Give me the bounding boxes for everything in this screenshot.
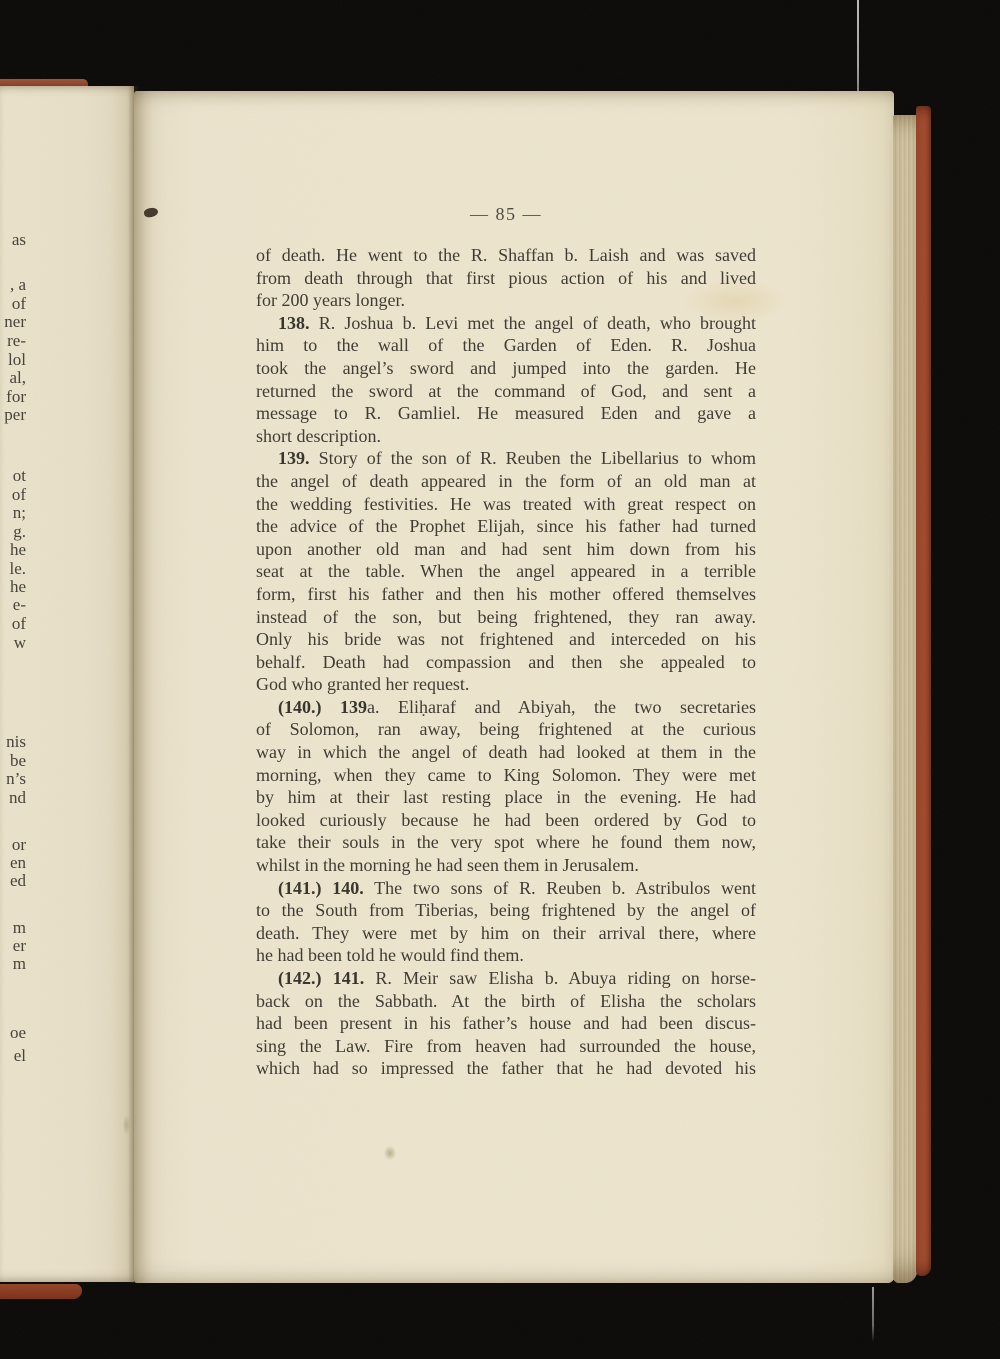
text-line: death. They were met by him on their arr… (256, 922, 756, 945)
page-edge-stack (893, 115, 917, 1283)
paragraph: (140.) 139a. Eliḥaraf and Abiyah, the tw… (256, 696, 756, 877)
fragment-line: m (0, 954, 26, 973)
fragment-line: er (0, 936, 26, 955)
text-line: to the South from Tiberias, being fright… (256, 899, 756, 922)
fragment-line: he (0, 540, 26, 559)
paragraph: (141.) 140. The two sons of R. Reuben b.… (256, 877, 756, 967)
fragment-line: nd (0, 788, 26, 807)
paper-smudge (123, 1116, 130, 1134)
paragraph: 139. Story of the son of R. Reuben the L… (256, 447, 756, 696)
paragraph: (142.) 141. R. Meir saw Elisha b. Abuya … (256, 967, 756, 1080)
text-line: the advice of the Prophet Elijah, since … (256, 515, 756, 538)
text-line: take their souls in the very spot where … (256, 831, 756, 854)
fragment-line: or (0, 835, 26, 854)
text-line: whilst in the morning he had seen them i… (256, 854, 756, 877)
main-page: — 85 — of death. He went to the R. Shaff… (134, 91, 894, 1283)
paragraph-number: (141.) 140. (278, 878, 364, 898)
fragment-line: as (0, 230, 26, 249)
fragment-line: he (0, 577, 26, 596)
fragment-line: of (0, 614, 26, 633)
paper-stain (680, 278, 790, 324)
text-line: returned the sword at the command of God… (256, 380, 756, 403)
text-line: instead of the son, but being frightened… (256, 606, 756, 629)
fragment-line: ed (0, 871, 26, 890)
fragment-line: nis (0, 732, 26, 751)
fragment-line: le. (0, 559, 26, 578)
fragment-line: ner (0, 312, 26, 331)
text-line: by him at their last resting place in th… (256, 786, 756, 809)
fragment-line: of (0, 485, 26, 504)
text-line: which had so impressed the father that h… (256, 1057, 756, 1080)
fragment-line: e- (0, 595, 26, 614)
text-line: took the angel’s sword and jumped into t… (256, 357, 756, 380)
text-line: looked curiously because he had been ord… (256, 809, 756, 832)
scan-background: as, aofnerre-lolal,forperotofn;g.hele.he… (0, 0, 1000, 1359)
fragment-line: n’s (0, 769, 26, 788)
fragment-line: el (0, 1046, 26, 1065)
text-line: God who granted her request. (256, 673, 756, 696)
text-line: the wedding festivities. He was treated … (256, 493, 756, 516)
text-line: the angel of death appeared in the form … (256, 470, 756, 493)
text-line: of death. He went to the R. Shaffan b. L… (256, 244, 756, 267)
book-cover-bottom-left (0, 1284, 82, 1299)
fragment-line: g. (0, 522, 26, 541)
cradle-wire-bottom (872, 1287, 874, 1342)
text-line: (141.) 140. The two sons of R. Reuben b.… (256, 877, 756, 900)
text-line: seat at the table. When the angel appear… (256, 560, 756, 583)
fragment-line: n; (0, 503, 26, 522)
fragment-line: ot (0, 466, 26, 485)
fragment-line: al, (0, 368, 26, 387)
text-line: (142.) 141. R. Meir saw Elisha b. Abuya … (256, 967, 756, 990)
text-line: sing the Law. Fire from heaven had surro… (256, 1035, 756, 1058)
fragment-line: per (0, 405, 26, 424)
text-line: he had been told he would find them. (256, 944, 756, 967)
text-line: short description. (256, 425, 756, 448)
fragment-line: w (0, 633, 26, 652)
fragment-line: m (0, 918, 26, 937)
text-line: of Solomon, ran away, being frightened a… (256, 718, 756, 741)
text-line: way in which the angel of death had look… (256, 741, 756, 764)
text-line: him to the wall of the Garden of Eden. R… (256, 334, 756, 357)
fragment-line: be (0, 751, 26, 770)
text-line: (140.) 139a. Eliḥaraf and Abiyah, the tw… (256, 696, 756, 719)
fragment-line: en (0, 853, 26, 872)
text-line: had been present in his father’s house a… (256, 1012, 756, 1035)
paragraph-number: 138. (278, 313, 310, 333)
page-number: — 85 — (256, 204, 756, 225)
fragment-line: for (0, 387, 26, 406)
text-line: morning, when they came to King Solomon.… (256, 764, 756, 787)
fragment-line: oe (0, 1023, 26, 1042)
text-line: back on the Sabbath. At the birth of Eli… (256, 990, 756, 1013)
fragment-line: , a (0, 275, 26, 294)
text-line: message to R. Gamliel. He measured Eden … (256, 402, 756, 425)
left-page-edge (0, 86, 134, 1282)
text-line: 139. Story of the son of R. Reuben the L… (256, 447, 756, 470)
text-block: of death. He went to the R. Shaffan b. L… (256, 244, 756, 1080)
book-cover-right (916, 106, 931, 1276)
paragraph-number: (142.) 141. (278, 968, 364, 988)
fragment-line: of (0, 294, 26, 313)
text-line: behalf. Death had compassion and then sh… (256, 651, 756, 674)
text-line: upon another old man and had sent him do… (256, 538, 756, 561)
text-line: Only his bride was not frightened and in… (256, 628, 756, 651)
paragraph: 138. R. Joshua b. Levi met the angel of … (256, 312, 756, 448)
fragment-line: re- (0, 331, 26, 350)
paragraph-number: 139. (278, 448, 310, 468)
text-line: form, first his father and then his moth… (256, 583, 756, 606)
fragment-line: lol (0, 350, 26, 369)
cradle-wire-top (857, 0, 859, 94)
paragraph-number: (140.) 139 (278, 697, 367, 717)
paper-speck (384, 1146, 396, 1160)
